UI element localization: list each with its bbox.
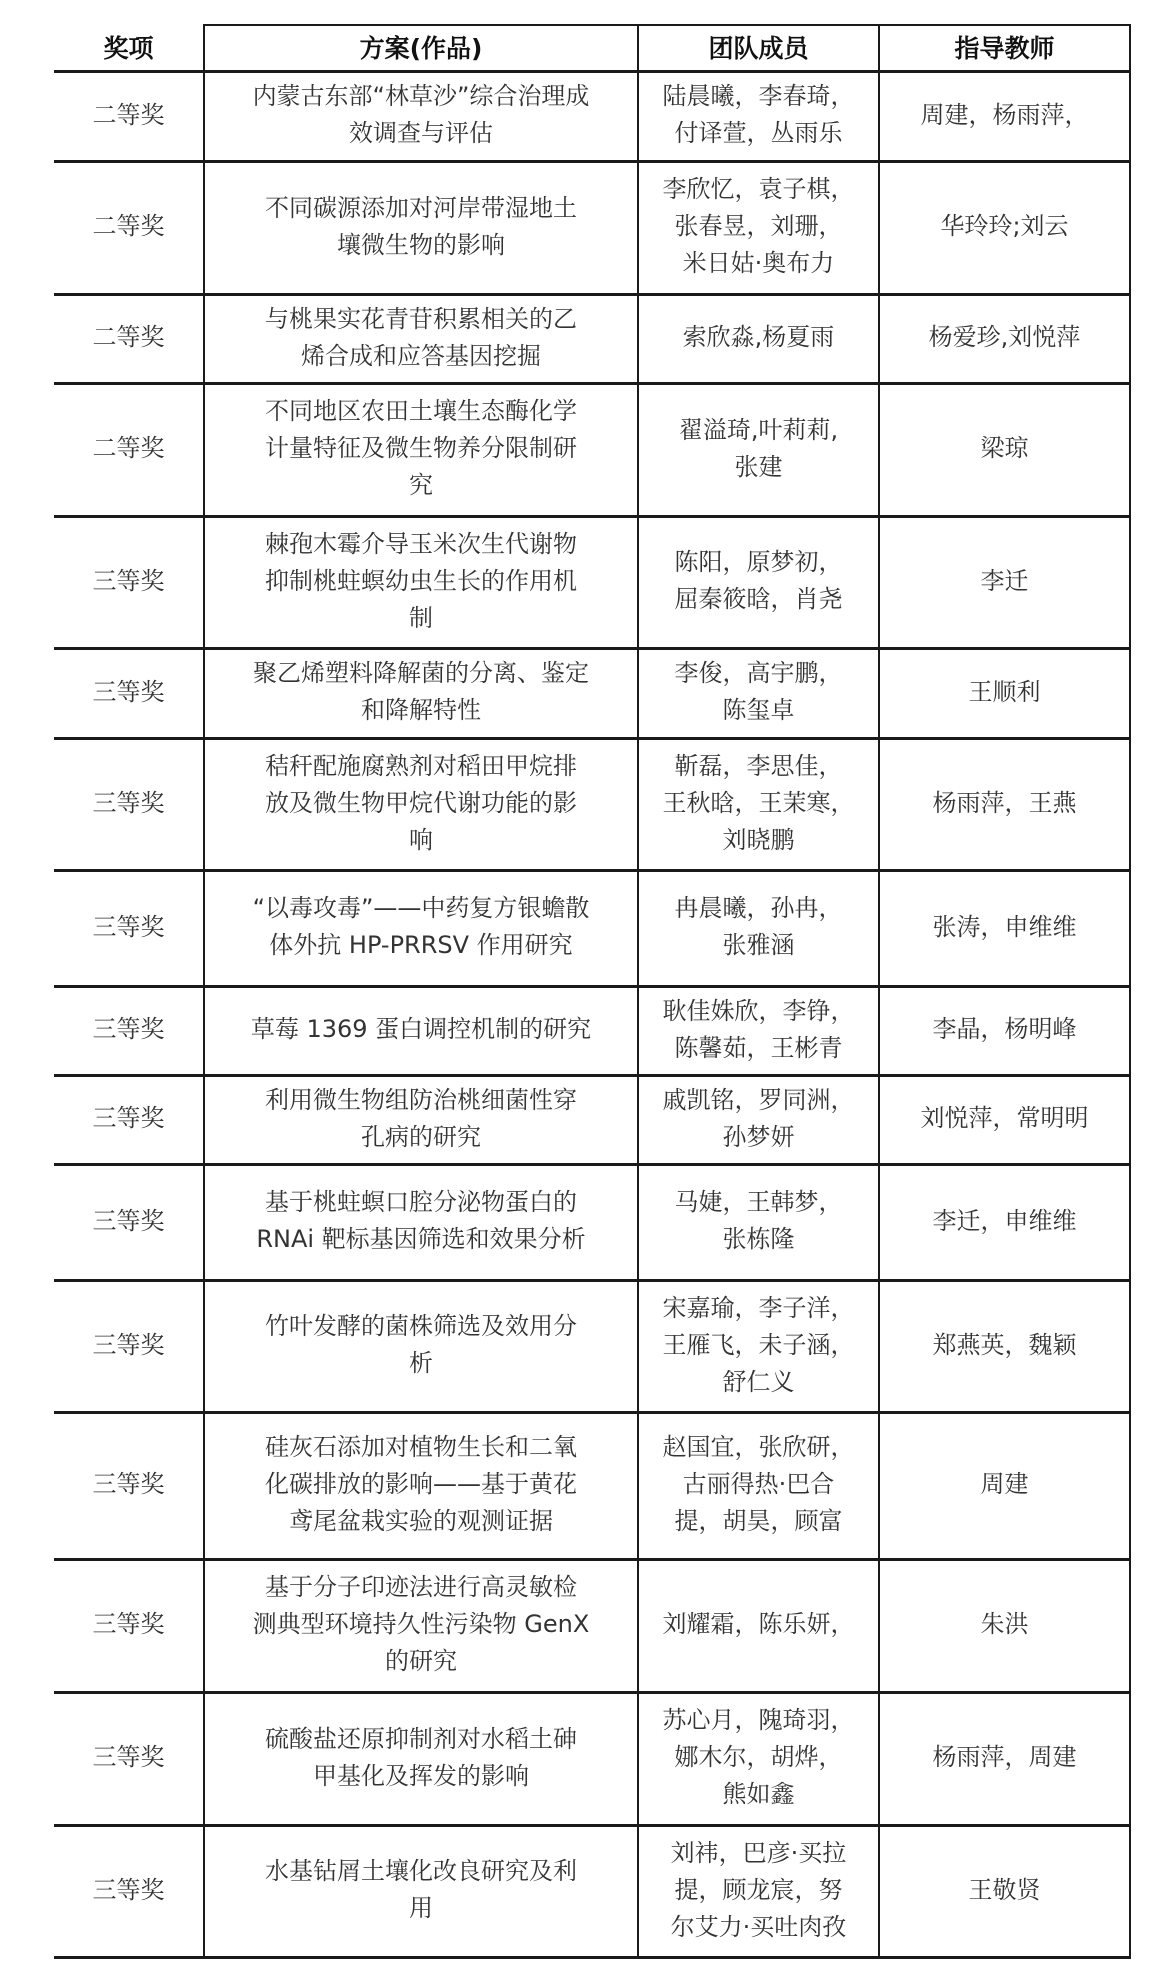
award-cell: 二等奖 (54, 160, 203, 293)
members-cell: 戚凯铭，罗同洲， 孙梦妍 (637, 1074, 878, 1163)
members-cell: 李欣忆，袁子棋， 张春昱，刘珊， 米日姑·奥布力 (637, 160, 878, 293)
award-cell: 三等奖 (54, 1691, 203, 1824)
members-cell: 索欣淼,杨夏雨 (637, 293, 878, 382)
award-cell: 三等奖 (54, 647, 203, 737)
table-row: 二等奖 不同碳源添加对河岸带湿地土 壤微生物的影响 李欣忆，袁子棋， 张春昱，刘… (54, 160, 1131, 296)
header-advisors: 指导教师 (878, 24, 1131, 70)
advisors-cell: 杨雨萍，周建 (878, 1691, 1131, 1824)
members-cell: 苏心月，隗琦羽， 娜木尔，胡烨， 熊如鑫 (637, 1691, 878, 1824)
members-cell: 陆晨曦，李春琦， 付译萱，丛雨乐 (637, 70, 878, 160)
table-row: 三等奖 利用微生物组防治桃细菌性穿 孔病的研究 戚凯铭，罗同洲， 孙梦妍 刘悦萍… (54, 1074, 1131, 1166)
table-row: 三等奖 水基钻屑土壤化改良研究及利 用 刘祎，巴彦·买拉 提，顾龙宸，努 尔艾力… (54, 1824, 1131, 1959)
members-cell: 刘祎，巴彦·买拉 提，顾龙宸，努 尔艾力·买吐肉孜 (637, 1824, 878, 1956)
award-cell: 二等奖 (54, 70, 203, 160)
table-row: 三等奖 聚乙烯塑料降解菌的分离、鉴定 和降解特性 李俊，高宇鹏， 陈玺卓 王顺利 (54, 647, 1131, 740)
table-header-row: 奖项 方案(作品) 团队成员 指导教师 (54, 24, 1131, 73)
advisors-cell: 华玲玲;刘云 (878, 160, 1131, 293)
members-cell: 李俊，高宇鹏， 陈玺卓 (637, 647, 878, 737)
advisors-cell: 王敬贤 (878, 1824, 1131, 1956)
award-cell: 三等奖 (54, 737, 203, 869)
advisors-cell: 李晶，杨明峰 (878, 985, 1131, 1074)
advisors-cell: 郑燕英，魏颖 (878, 1279, 1131, 1411)
members-cell: 陈阳，原梦初， 屈秦筱晗，肖尧 (637, 515, 878, 647)
header-project: 方案(作品) (203, 24, 637, 70)
project-cell: 基于分子印迹法进行高灵敏检 测典型环境持久性污染物 GenX 的研究 (203, 1558, 637, 1691)
project-cell: 不同碳源添加对河岸带湿地土 壤微生物的影响 (203, 160, 637, 293)
project-cell: 与桃果实花青苷积累相关的乙 烯合成和应答基因挖掘 (203, 293, 637, 382)
project-cell: 利用微生物组防治桃细菌性穿 孔病的研究 (203, 1074, 637, 1163)
advisors-cell: 杨雨萍，王燕 (878, 737, 1131, 869)
project-cell: 不同地区农田土壤生态酶化学 计量特征及微生物养分限制研 究 (203, 382, 637, 515)
project-cell: 内蒙古东部“林草沙”综合治理成 效调查与评估 (203, 70, 637, 160)
table-row: 三等奖 基于桃蛀螟口腔分泌物蛋白的 RNAi 靶标基因筛选和效果分析 马婕，王韩… (54, 1163, 1131, 1282)
project-cell: 竹叶发酵的菌株筛选及效用分 析 (203, 1279, 637, 1411)
table-row: 三等奖 竹叶发酵的菌株筛选及效用分 析 宋嘉瑜，李子洋， 王雁飞，未子涵， 舒仁… (54, 1279, 1131, 1414)
project-cell: 聚乙烯塑料降解菌的分离、鉴定 和降解特性 (203, 647, 637, 737)
award-cell: 三等奖 (54, 1824, 203, 1956)
award-cell: 三等奖 (54, 1163, 203, 1279)
table-row: 三等奖 草莓 1369 蛋白调控机制的研究 耿佳姝欣，李铮， 陈馨茹，王彬青 李… (54, 985, 1131, 1077)
members-cell: 宋嘉瑜，李子洋， 王雁飞，未子涵， 舒仁义 (637, 1279, 878, 1411)
project-cell: “以毒攻毒”——中药复方银蟾散 体外抗 HP-PRRSV 作用研究 (203, 869, 637, 985)
advisors-cell: 朱洪 (878, 1558, 1131, 1691)
advisors-cell: 周建，杨雨萍， (878, 70, 1131, 160)
award-cell: 三等奖 (54, 1411, 203, 1558)
header-award: 奖项 (54, 24, 203, 70)
award-cell: 三等奖 (54, 1279, 203, 1411)
project-cell: 水基钻屑土壤化改良研究及利 用 (203, 1824, 637, 1956)
advisors-cell: 李迁 (878, 515, 1131, 647)
advisors-cell: 梁琼 (878, 382, 1131, 515)
members-cell: 翟溢琦,叶莉莉, 张建 (637, 382, 878, 515)
header-members: 团队成员 (637, 24, 878, 70)
award-cell: 三等奖 (54, 515, 203, 647)
advisors-cell: 李迁，申维维 (878, 1163, 1131, 1279)
award-cell: 二等奖 (54, 293, 203, 382)
advisors-cell: 王顺利 (878, 647, 1131, 737)
project-cell: 硅灰石添加对植物生长和二氧 化碳排放的影响——基于黄花 鸢尾盆栽实验的观测证据 (203, 1411, 637, 1558)
table-row: 三等奖 基于分子印迹法进行高灵敏检 测典型环境持久性污染物 GenX 的研究 刘… (54, 1558, 1131, 1694)
table-row: 二等奖 与桃果实花青苷积累相关的乙 烯合成和应答基因挖掘 索欣淼,杨夏雨 杨爱珍… (54, 293, 1131, 385)
table-row: 三等奖 硅灰石添加对植物生长和二氧 化碳排放的影响——基于黄花 鸢尾盆栽实验的观… (54, 1411, 1131, 1561)
award-cell: 二等奖 (54, 382, 203, 515)
advisors-cell: 刘悦萍，常明明 (878, 1074, 1131, 1163)
table-row: 三等奖 秸秆配施腐熟剂对稻田甲烷排 放及微生物甲烷代谢功能的影 响 靳磊，李思佳… (54, 737, 1131, 872)
project-cell: 基于桃蛀螟口腔分泌物蛋白的 RNAi 靶标基因筛选和效果分析 (203, 1163, 637, 1279)
project-cell: 硫酸盐还原抑制剂对水稻土砷 甲基化及挥发的影响 (203, 1691, 637, 1824)
award-cell: 三等奖 (54, 1558, 203, 1691)
members-cell: 靳磊，李思佳， 王秋晗，王茉寒， 刘晓鹏 (637, 737, 878, 869)
members-cell: 马婕，王韩梦， 张栋隆 (637, 1163, 878, 1279)
award-cell: 三等奖 (54, 1074, 203, 1163)
table-row: 二等奖 内蒙古东部“林草沙”综合治理成 效调查与评估 陆晨曦，李春琦， 付译萱，… (54, 70, 1131, 163)
members-cell: 刘耀霜，陈乐妍， (637, 1558, 878, 1691)
table-row: 三等奖 硫酸盐还原抑制剂对水稻土砷 甲基化及挥发的影响 苏心月，隗琦羽， 娜木尔… (54, 1691, 1131, 1827)
members-cell: 耿佳姝欣，李铮， 陈馨茹，王彬青 (637, 985, 878, 1074)
award-cell: 三等奖 (54, 869, 203, 985)
project-cell: 草莓 1369 蛋白调控机制的研究 (203, 985, 637, 1074)
table-row: 三等奖 “以毒攻毒”——中药复方银蟾散 体外抗 HP-PRRSV 作用研究 冉晨… (54, 869, 1131, 988)
members-cell: 赵国宜，张欣研， 古丽得热·巴合 提，胡昊，顾富 (637, 1411, 878, 1558)
project-cell: 棘孢木霉介导玉米次生代谢物 抑制桃蛀螟幼虫生长的作用机 制 (203, 515, 637, 647)
advisors-cell: 张涛，申维维 (878, 869, 1131, 985)
advisors-cell: 杨爱珍,刘悦萍 (878, 293, 1131, 382)
table-row: 三等奖 棘孢木霉介导玉米次生代谢物 抑制桃蛀螟幼虫生长的作用机 制 陈阳，原梦初… (54, 515, 1131, 650)
project-cell: 秸秆配施腐熟剂对稻田甲烷排 放及微生物甲烷代谢功能的影 响 (203, 737, 637, 869)
award-cell: 三等奖 (54, 985, 203, 1074)
members-cell: 冉晨曦，孙冉， 张雅涵 (637, 869, 878, 985)
table-row: 二等奖 不同地区农田土壤生态酶化学 计量特征及微生物养分限制研 究 翟溢琦,叶莉… (54, 382, 1131, 518)
advisors-cell: 周建 (878, 1411, 1131, 1558)
